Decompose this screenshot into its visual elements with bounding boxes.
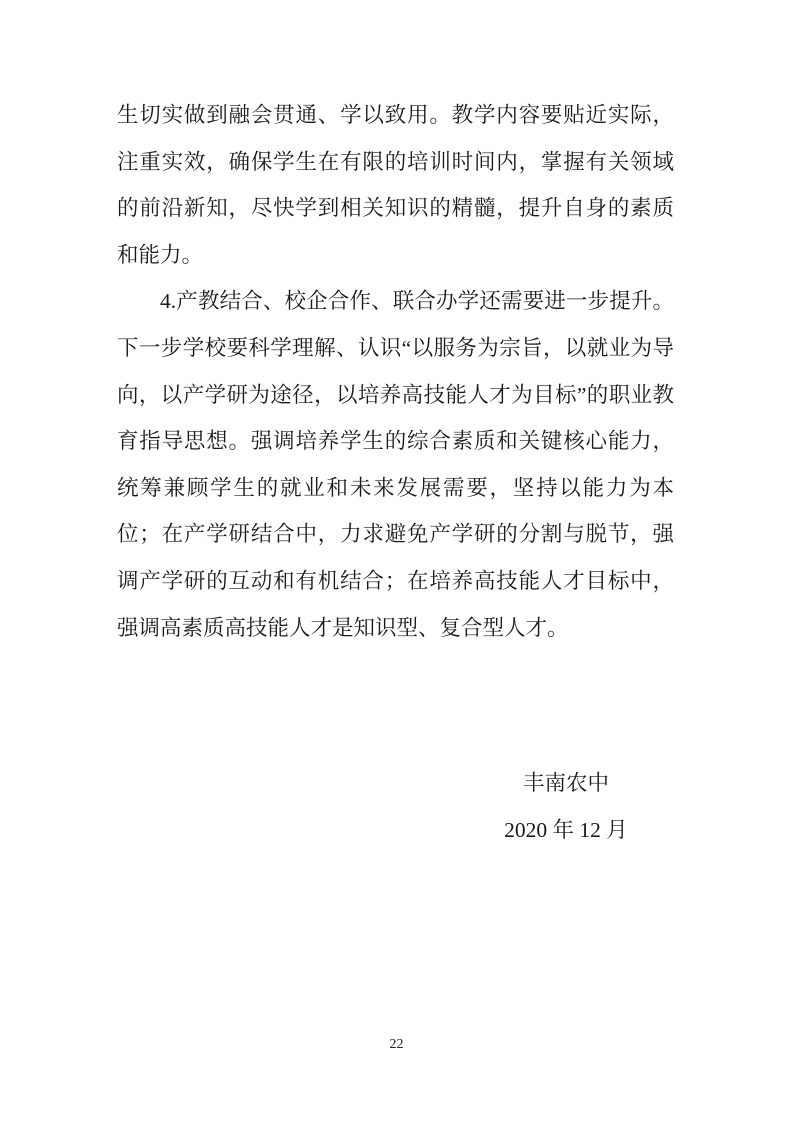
document-page: 生切实做到融会贯通、学以致用。教学内容要贴近实际，注重实效，确保学生在有限的培训… (0, 0, 793, 1122)
page-number: 22 (0, 1036, 793, 1054)
signature-date: 2020 年 12 月 (424, 807, 708, 854)
signature-name: 丰南农中 (424, 760, 708, 807)
body-paragraph-continuation: 生切实做到融会贯通、学以致用。教学内容要贴近实际，注重实效，确保学生在有限的培训… (117, 92, 674, 278)
body-paragraph-item-4: 4.产教结合、校企合作、联合办学还需要进一步提升。下一步学校要科学理解、认识“以… (117, 278, 674, 651)
document-body: 生切实做到融会贯通、学以致用。教学内容要贴近实际，注重实效，确保学生在有限的培训… (117, 92, 674, 651)
signature-block: 丰南农中 2020 年 12 月 (424, 760, 708, 854)
